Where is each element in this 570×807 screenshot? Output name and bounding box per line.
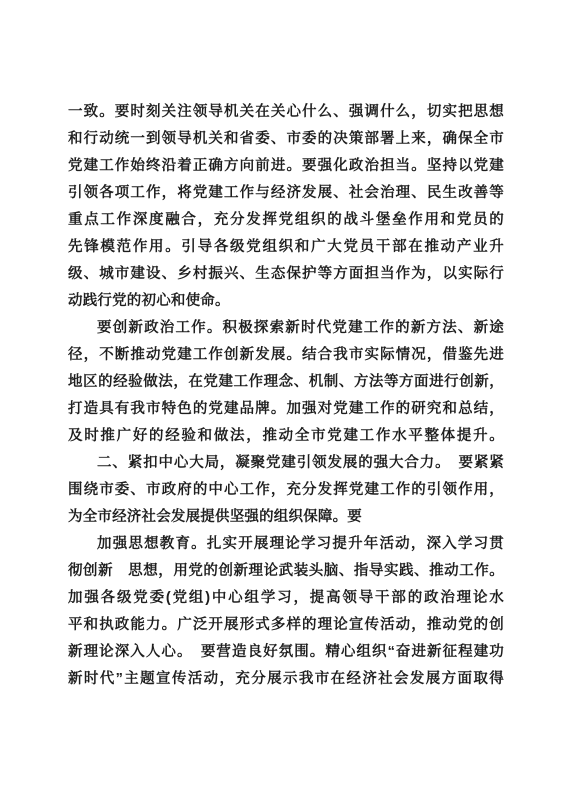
- text-line: 引领各项工作，将党建工作与经济发展、社会治理、民生改善等: [68, 180, 504, 207]
- text-line: 打造具有我市特色的党建品牌。加强对党建工作的研究和总结，: [68, 396, 504, 423]
- text-line: 为全市经济社会发展提供坚强的组织保障。要: [68, 504, 504, 531]
- text-line: 加强思想教育。扎实开展理论学习提升年活动，深入学习贯: [68, 531, 504, 558]
- text-line: 一致。要时刻关注领导机关在关心什么、强调什么，切实把思想: [68, 99, 504, 126]
- text-line: 重点工作深度融合，充分发挥党组织的战斗堡垒作用和党员的: [68, 207, 504, 234]
- text-line: 先锋模范作用。引导各级党组织和广大党员干部在推动产业升: [68, 234, 504, 261]
- text-line: 加强各级党委(党组)中心组学习，提高领导干部的政治理论水: [68, 585, 504, 612]
- text-line: 围绕市委、市政府的中心工作，充分发挥党建工作的引领作用，: [68, 477, 504, 504]
- text-line: 新理论深入人心。 要营造良好氛围。精心组织“奋进新征程建功: [68, 639, 504, 666]
- text-line: 动践行党的初心和使命。: [68, 288, 504, 315]
- text-line: 平和执政能力。广泛开展形式多样的理论宣传活动，推动党的创: [68, 612, 504, 639]
- text-line: 新时代”主题宣传活动，充分展示我市在经济社会发展方面取得: [68, 666, 504, 693]
- document-page: 一致。要时刻关注领导机关在关心什么、强调什么，切实把思想和行动统一到领导机关和省…: [0, 0, 570, 807]
- text-line: 级、城市建设、乡村振兴、生态保护等方面担当作为，以实际行: [68, 261, 504, 288]
- text-line: 地区的经验做法，在党建工作理念、机制、方法等方面进行创新，: [68, 369, 504, 396]
- text-line: 和行动统一到领导机关和省委、市委的决策部署上来，确保全市: [68, 126, 504, 153]
- text-line: 彻创新 思想，用党的创新理论武装头脑、指导实践、推动工作。: [68, 558, 504, 585]
- text-line: 党建工作始终沿着正确方向前进。要强化政治担当。坚持以党建: [68, 153, 504, 180]
- document-text-block: 一致。要时刻关注领导机关在关心什么、强调什么，切实把思想和行动统一到领导机关和省…: [68, 99, 504, 693]
- text-line: 及时推广好的经验和做法，推动全市党建工作水平整体提升。: [68, 423, 504, 450]
- text-line: 二、紧扣中心大局，凝聚党建引领发展的强大合力。 要紧紧: [68, 450, 504, 477]
- text-line: 要创新政治工作。积极探索新时代党建工作的新方法、新途: [68, 315, 504, 342]
- text-line: 径，不断推动党建工作创新发展。结合我市实际情况，借鉴先进: [68, 342, 504, 369]
